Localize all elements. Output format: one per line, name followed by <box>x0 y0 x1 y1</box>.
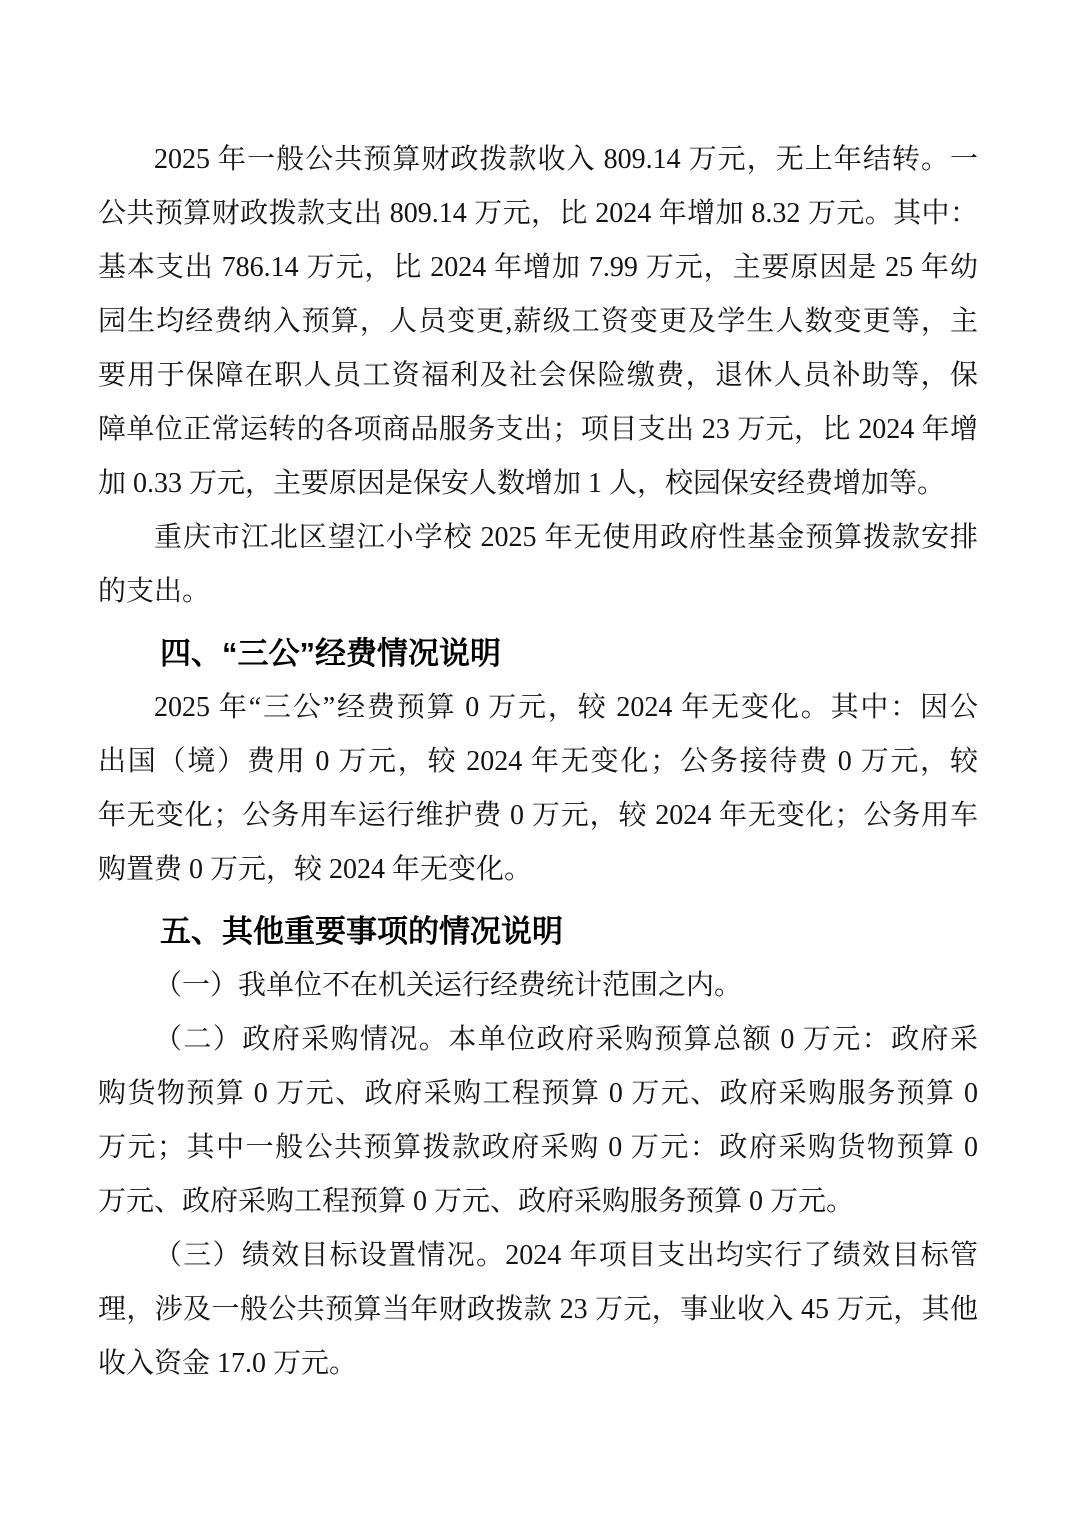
text-line: 的支出。 <box>98 565 978 619</box>
heading-line: 五、其他重要事项的情况说明 <box>98 905 978 959</box>
document-page: 2025 年一般公共预算财政拨款收入 809.14 万元，无上年结转。一般公共预… <box>0 0 1074 1520</box>
heading-section-5-other-important-items: 五、其他重要事项的情况说明 <box>98 905 978 959</box>
text-line: 公共预算财政拨款支出 809.14 万元，比 2024 年增加 8.32 万元。… <box>98 187 978 241</box>
text-line: 加 0.33 万元，主要原因是保安人数增加 1 人，校园保安经费增加等。 <box>98 457 978 511</box>
para-three-public-expenses: 2025 年“三公”经费预算 0 万元，较 2024 年无变化。其中：因公出国（… <box>98 681 978 897</box>
document-body: 2025 年一般公共预算财政拨款收入 809.14 万元，无上年结转。一般公共预… <box>98 133 978 1391</box>
text-line: 年无变化；公务用车运行维护费 0 万元，较 2024 年无变化；公务用车 <box>98 789 978 843</box>
text-line: 障单位正常运转的各项商品服务支出；项目支出 23 万元，比 2024 年增 <box>98 403 978 457</box>
text-line: 2025 年“三公”经费预算 0 万元，较 2024 年无变化。其中：因公 <box>98 681 978 735</box>
text-line: 收入资金 17.0 万元。 <box>98 1337 978 1391</box>
text-line: 2025 年一般公共预算财政拨款收入 809.14 万元，无上年结转。一般 <box>98 133 978 187</box>
text-line: 购货物预算 0 万元、政府采购工程预算 0 万元、政府采购服务预算 0 <box>98 1067 978 1121</box>
text-line: 购置费 0 万元，较 2024 年无变化。 <box>98 843 978 897</box>
text-line: 园生均经费纳入预算，人员变更,薪级工资变更及学生人数变更等，主 <box>98 295 978 349</box>
text-line: （三）绩效目标设置情况。2024 年项目支出均实行了绩效目标管 <box>98 1229 978 1283</box>
para-item-2-government-procurement: （二）政府采购情况。本单位政府采购预算总额 0 万元：政府采购货物预算 0 万元… <box>98 1013 978 1229</box>
text-line: 万元；其中一般公共预算拨款政府采购 0 万元：政府采购货物预算 0 <box>98 1121 978 1175</box>
text-line: （一）我单位不在机关运行经费统计范围之内。 <box>98 959 978 1013</box>
heading-section-4-three-public-expenses: 四、“三公”经费情况说明 <box>98 627 978 681</box>
para-item-1-agency-operation: （一）我单位不在机关运行经费统计范围之内。 <box>98 959 978 1013</box>
text-line: 重庆市江北区望江小学校 2025 年无使用政府性基金预算拨款安排 <box>98 511 978 565</box>
text-line: 万元、政府采购工程预算 0 万元、政府采购服务预算 0 万元。 <box>98 1175 978 1229</box>
para-general-public-budget: 2025 年一般公共预算财政拨款收入 809.14 万元，无上年结转。一般公共预… <box>98 133 978 511</box>
text-line: 出国（境）费用 0 万元，较 2024 年无变化；公务接待费 0 万元，较 20… <box>98 735 978 789</box>
text-line: 理，涉及一般公共预算当年财政拨款 23 万元，事业收入 45 万元，其他 <box>98 1283 978 1337</box>
para-government-fund-budget: 重庆市江北区望江小学校 2025 年无使用政府性基金预算拨款安排的支出。 <box>98 511 978 619</box>
para-item-3-performance-targets: （三）绩效目标设置情况。2024 年项目支出均实行了绩效目标管理，涉及一般公共预… <box>98 1229 978 1391</box>
heading-line: 四、“三公”经费情况说明 <box>98 627 978 681</box>
text-line: 要用于保障在职人员工资福利及社会保险缴费，退休人员补助等，保 <box>98 349 978 403</box>
text-line: 基本支出 786.14 万元，比 2024 年增加 7.99 万元，主要原因是 … <box>98 241 978 295</box>
text-line: （二）政府采购情况。本单位政府采购预算总额 0 万元：政府采 <box>98 1013 978 1067</box>
